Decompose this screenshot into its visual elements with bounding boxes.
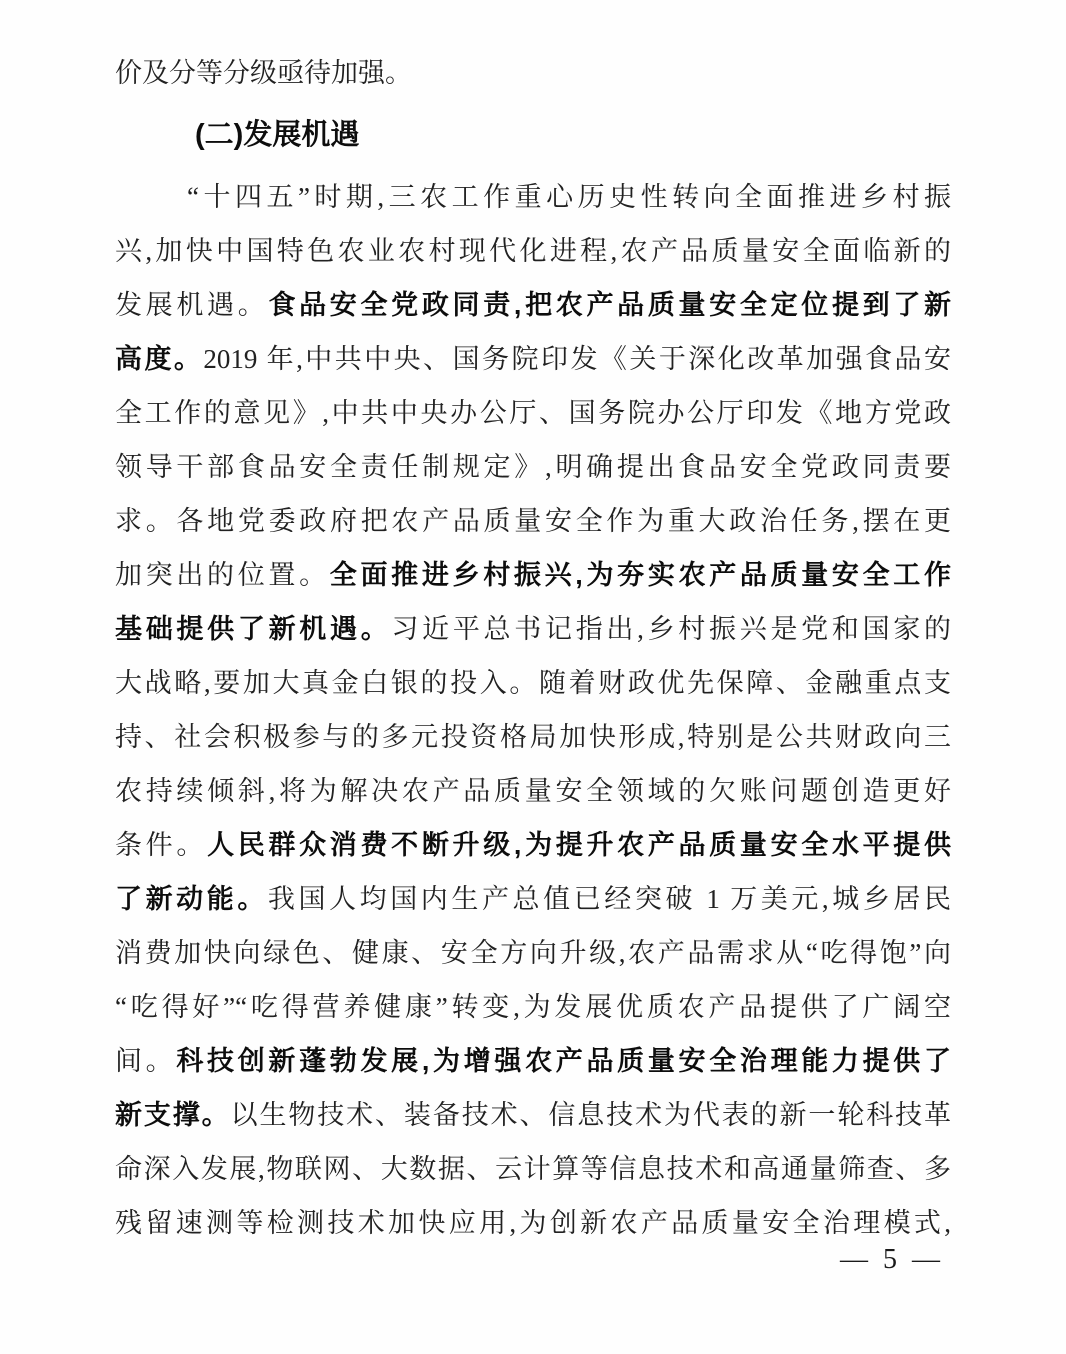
text-segment: 加突出的位置。 <box>115 560 330 590</box>
text-line: “吃得好”“吃得营养健康”转变,为发展优质农产品提供了广阔空 <box>115 980 951 1034</box>
text-segment: 条件。 <box>115 830 207 860</box>
text-segment: 习近平总书记指出,乡村振兴是党和国家的 <box>391 614 951 644</box>
text-line: 持、社会积极参与的多元投资格局加快形成,特别是公共财政向三 <box>115 710 951 764</box>
bold-text-segment: 人民群众消费不断升级,为提升农产品质量安全水平提供 <box>207 830 951 860</box>
text-line: 大战略,要加大真金白银的投入。随着财政优先保障、金融重点支 <box>115 656 951 710</box>
bold-text-segment: 了新动能。 <box>115 884 268 914</box>
text-segment: 求。各地党委政府把农产品质量安全作为重大政治任务,摆在更 <box>115 506 951 536</box>
text-line: 农持续倾斜,将为解决农产品质量安全领域的欠账问题创造更好 <box>115 764 951 818</box>
text-line: 加突出的位置。全面推进乡村振兴,为夯实农产品质量安全工作 <box>115 548 951 602</box>
bold-text-segment: 基础提供了新机遇。 <box>115 614 391 644</box>
text-line: 求。各地党委政府把农产品质量安全作为重大政治任务,摆在更 <box>115 494 951 548</box>
page-number: — 5 — <box>840 1244 944 1276</box>
text-line: 发展机遇。食品安全党政同责,把农产品质量安全定位提到了新 <box>115 278 951 332</box>
text-line: 消费加快向绿色、健康、安全方向升级,农产品需求从“吃得饱”向 <box>115 926 951 980</box>
text-segment: 大战略,要加大真金白银的投入。随着财政优先保障、金融重点支 <box>115 668 951 698</box>
text-segment: “十四五”时期,三农工作重心历史性转向全面推进乡村振 <box>187 182 951 212</box>
text-segment: 间。 <box>115 1046 176 1076</box>
text-line: 兴,加快中国特色农业农村现代化进程,农产品质量安全面临新的 <box>115 224 951 278</box>
text-line: 全工作的意见》,中共中央办公厅、国务院办公厅印发《地方党政 <box>115 386 951 440</box>
text-segment: 我国人均国内生产总值已经突破 1 万美元,城乡居民 <box>268 884 951 914</box>
bold-text-segment: 高度。 <box>115 344 203 374</box>
bold-text-segment: (二)发展机遇 <box>195 119 359 151</box>
text-segment: 兴,加快中国特色农业农村现代化进程,农产品质量安全面临新的 <box>115 236 951 266</box>
document-page: 价及分等分级亟待加强。(二)发展机遇“十四五”时期,三农工作重心历史性转向全面推… <box>0 0 1066 1354</box>
text-segment: 持、社会积极参与的多元投资格局加快形成,特别是公共财政向三 <box>115 722 951 752</box>
text-segment: 残留速测等检测技术加快应用,为创新农产品质量安全治理模式, <box>115 1208 951 1238</box>
bold-text-segment: 全面推进乡村振兴,为夯实农产品质量安全工作 <box>330 560 951 590</box>
text-line: 间。科技创新蓬勃发展,为增强农产品质量安全治理能力提供了 <box>115 1034 951 1088</box>
text-segment: 领导干部食品安全责任制规定》,明确提出食品安全党政同责要 <box>115 452 951 482</box>
section-heading: (二)发展机遇 <box>115 108 951 162</box>
bold-text-segment: 科技创新蓬勃发展,为增强农产品质量安全治理能力提供了 <box>176 1046 951 1076</box>
text-line: “十四五”时期,三农工作重心历史性转向全面推进乡村振 <box>115 170 951 224</box>
text-line: 条件。人民群众消费不断升级,为提升农产品质量安全水平提供 <box>115 818 951 872</box>
text-segment: 全工作的意见》,中共中央办公厅、国务院办公厅印发《地方党政 <box>115 398 951 428</box>
text-segment: 命深入发展,物联网、大数据、云计算等信息技术和高通量筛查、多 <box>115 1154 951 1184</box>
text-segment: 以生物技术、装备技术、信息技术为代表的新一轮科技革 <box>231 1100 951 1130</box>
bold-text-segment: 食品安全党政同责,把农产品质量安全定位提到了新 <box>268 290 951 320</box>
text-line: 了新动能。我国人均国内生产总值已经突破 1 万美元,城乡居民 <box>115 872 951 926</box>
text-line: 残留速测等检测技术加快应用,为创新农产品质量安全治理模式, <box>115 1196 951 1250</box>
text-segment: “吃得好”“吃得营养健康”转变,为发展优质农产品提供了广阔空 <box>115 992 951 1022</box>
text-line: 领导干部食品安全责任制规定》,明确提出食品安全党政同责要 <box>115 440 951 494</box>
text-segment: 2019 年,中共中央、国务院印发《关于深化改革加强食品安 <box>203 344 951 374</box>
text-segment: 农持续倾斜,将为解决农产品质量安全领域的欠账问题创造更好 <box>115 776 951 806</box>
text-line: 高度。2019 年,中共中央、国务院印发《关于深化改革加强食品安 <box>115 332 951 386</box>
text-line: 价及分等分级亟待加强。 <box>115 46 951 100</box>
document-body: 价及分等分级亟待加强。(二)发展机遇“十四五”时期,三农工作重心历史性转向全面推… <box>115 46 951 1250</box>
text-segment: 价及分等分级亟待加强。 <box>115 58 412 88</box>
text-line: 命深入发展,物联网、大数据、云计算等信息技术和高通量筛查、多 <box>115 1142 951 1196</box>
bold-text-segment: 新支撑。 <box>115 1100 231 1130</box>
text-segment: 消费加快向绿色、健康、安全方向升级,农产品需求从“吃得饱”向 <box>115 938 951 968</box>
text-segment: 发展机遇。 <box>115 290 268 320</box>
text-line: 基础提供了新机遇。习近平总书记指出,乡村振兴是党和国家的 <box>115 602 951 656</box>
text-line: 新支撑。以生物技术、装备技术、信息技术为代表的新一轮科技革 <box>115 1088 951 1142</box>
